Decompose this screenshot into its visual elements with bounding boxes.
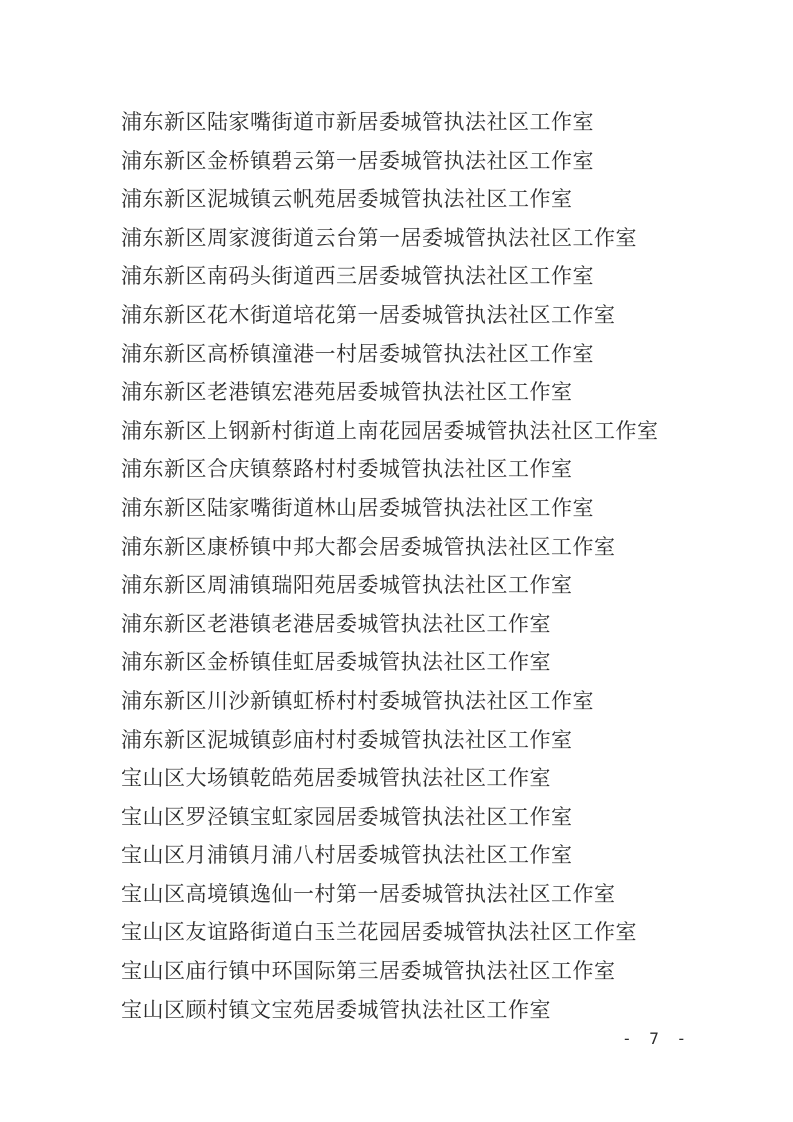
list-item: 浦东新区南码头街道西三居委城管执法社区工作室 bbox=[121, 257, 753, 296]
page-number: - 7 - bbox=[622, 1029, 690, 1048]
list-item: 宝山区友谊路街道白玉兰花园居委城管执法社区工作室 bbox=[121, 913, 753, 952]
list-item: 宝山区大场镇乾皓苑居委城管执法社区工作室 bbox=[121, 759, 753, 798]
list-item: 浦东新区金桥镇佳虹居委城管执法社区工作室 bbox=[121, 643, 753, 682]
list-item: 浦东新区康桥镇中邦大都会居委城管执法社区工作室 bbox=[121, 528, 753, 567]
list-item: 浦东新区泥城镇云帆苑居委城管执法社区工作室 bbox=[121, 180, 753, 219]
list-item: 宝山区高境镇逸仙一村第一居委城管执法社区工作室 bbox=[121, 875, 753, 914]
list-item: 浦东新区合庆镇蔡路村村委城管执法社区工作室 bbox=[121, 450, 753, 489]
list-item: 浦东新区老港镇宏港苑居委城管执法社区工作室 bbox=[121, 373, 753, 412]
list-item: 宝山区庙行镇中环国际第三居委城管执法社区工作室 bbox=[121, 952, 753, 991]
list-item: 宝山区顾村镇文宝苑居委城管执法社区工作室 bbox=[121, 991, 753, 1030]
list-item: 宝山区月浦镇月浦八村居委城管执法社区工作室 bbox=[121, 836, 753, 875]
list-item: 浦东新区陆家嘴街道市新居委城管执法社区工作室 bbox=[121, 103, 753, 142]
list-item: 浦东新区周家渡街道云台第一居委城管执法社区工作室 bbox=[121, 219, 753, 258]
list-item: 宝山区罗泾镇宝虹家园居委城管执法社区工作室 bbox=[121, 798, 753, 837]
list-item: 浦东新区泥城镇彭庙村村委城管执法社区工作室 bbox=[121, 721, 753, 760]
list-item: 浦东新区高桥镇潼港一村居委城管执法社区工作室 bbox=[121, 335, 753, 374]
list-item: 浦东新区川沙新镇虹桥村村委城管执法社区工作室 bbox=[121, 682, 753, 721]
office-list: 浦东新区陆家嘴街道市新居委城管执法社区工作室 浦东新区金桥镇碧云第一居委城管执法… bbox=[121, 103, 753, 1029]
list-item: 浦东新区花木街道培花第一居委城管执法社区工作室 bbox=[121, 296, 753, 335]
list-item: 浦东新区老港镇老港居委城管执法社区工作室 bbox=[121, 605, 753, 644]
list-item: 浦东新区金桥镇碧云第一居委城管执法社区工作室 bbox=[121, 142, 753, 181]
document-page: 浦东新区陆家嘴街道市新居委城管执法社区工作室 浦东新区金桥镇碧云第一居委城管执法… bbox=[0, 0, 793, 1122]
list-item: 浦东新区陆家嘴街道林山居委城管执法社区工作室 bbox=[121, 489, 753, 528]
list-item: 浦东新区周浦镇瑞阳苑居委城管执法社区工作室 bbox=[121, 566, 753, 605]
list-item: 浦东新区上钢新村街道上南花园居委城管执法社区工作室 bbox=[121, 412, 753, 451]
